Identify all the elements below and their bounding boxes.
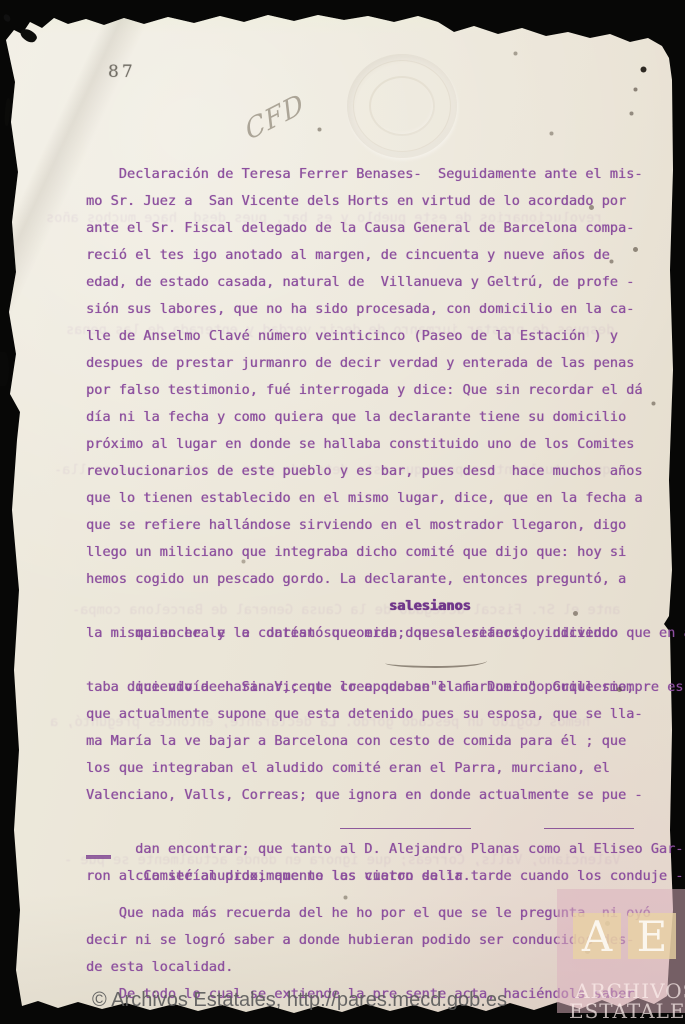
typed-line: Declaración de Teresa Ferrer Benases- Se… (86, 161, 658, 188)
archive-credit-line: © Archivos Estatales, http://pares.mecd.… (92, 989, 507, 1012)
underline-mark (544, 826, 634, 829)
embossed-dry-seal-icon (347, 54, 457, 158)
typed-line: reció el tes igo anotado al margen, de c… (86, 242, 658, 269)
handwritten-pencil-mark: CFD (242, 88, 308, 147)
ink-blotch (2, 13, 12, 23)
typed-line: taba diciendo de harinar,; que cree que … (86, 674, 658, 701)
typed-line: que lo tienen establecido en el mismo lu… (86, 485, 658, 512)
typed-line: dan encontrar; que tanto al D. Alejandro… (86, 809, 658, 836)
double-underline-mark (86, 853, 111, 856)
typed-line: ma María la ve bajar a Barcelona con ces… (86, 728, 658, 755)
typed-line: día ni la fecha y como quiera que la dec… (86, 404, 658, 431)
watermark-name: ARCHIVOS ESTATALES (575, 981, 685, 1021)
typed-line: los que integraban el aludido comité era… (86, 755, 658, 782)
ink-blotch (4, 98, 11, 126)
watermark-letter-e: E (628, 913, 676, 959)
typed-line: revolucionarios de este pueblo y es bar,… (86, 458, 658, 485)
archivos-estatales-watermark: A E ARCHIVOS ESTATALES (557, 889, 685, 1013)
typed-line: sión sus labores, que no ha sido procesa… (86, 296, 658, 323)
typed-line: lle de Anselmo Clavé número veinticinco … (86, 323, 658, 350)
typed-line: Valenciano, Valls, Correas; que ignora e… (86, 782, 658, 809)
typed-line: por falso testimonio, fué interrogada y … (86, 377, 658, 404)
underline-mark (340, 826, 471, 829)
typed-line: cia serían proximamente las cuatro de la… (86, 836, 658, 863)
typed-line: la misma noche le a darían su comida; qu… (86, 620, 658, 647)
foxing-specks (0, 0, 3, 3)
typed-line: hemos cogido un pescado gordo. La declar… (86, 566, 658, 593)
typed-line: llego un miliciano que integraba dicho c… (86, 539, 658, 566)
typed-line: mo Sr. Juez a San Vicente dels Horts en … (86, 188, 658, 215)
pencil-underline-mark (385, 657, 487, 669)
typed-line: que actualmente supone que esta detenido… (86, 701, 658, 728)
typewritten-declaration: Declaración de Teresa Ferrer Benases- Se… (86, 161, 658, 1008)
watermark-letter-a: A (573, 913, 621, 959)
typed-line: edad, de estado casada, natural de Villa… (86, 269, 658, 296)
typed-line: ante el Sr. Fiscal delegado de la Causa … (86, 215, 658, 242)
overtyped-bold-word: salesianos (389, 593, 471, 620)
typed-line: despues de prestar jurmanro de decir ver… (86, 350, 658, 377)
typed-line: próximo al lugar en donde se hallaba con… (86, 431, 658, 458)
typed-line: que se refiere hallándose sirviendo en e… (86, 512, 658, 539)
typed-line: que vivía en San Vicente lo apodaban"el … (86, 647, 658, 674)
scanned-photo-background: 87 CFD revolucionarios de este pueblo y … (0, 0, 685, 1024)
typed-line: quien era y le contestó que eran dos sal… (86, 593, 658, 620)
ink-blotch (0, 352, 9, 386)
typed-line: ron al Comité aludido; que no los vieron… (86, 863, 658, 890)
folio-number-stamp: 87 (108, 62, 136, 82)
